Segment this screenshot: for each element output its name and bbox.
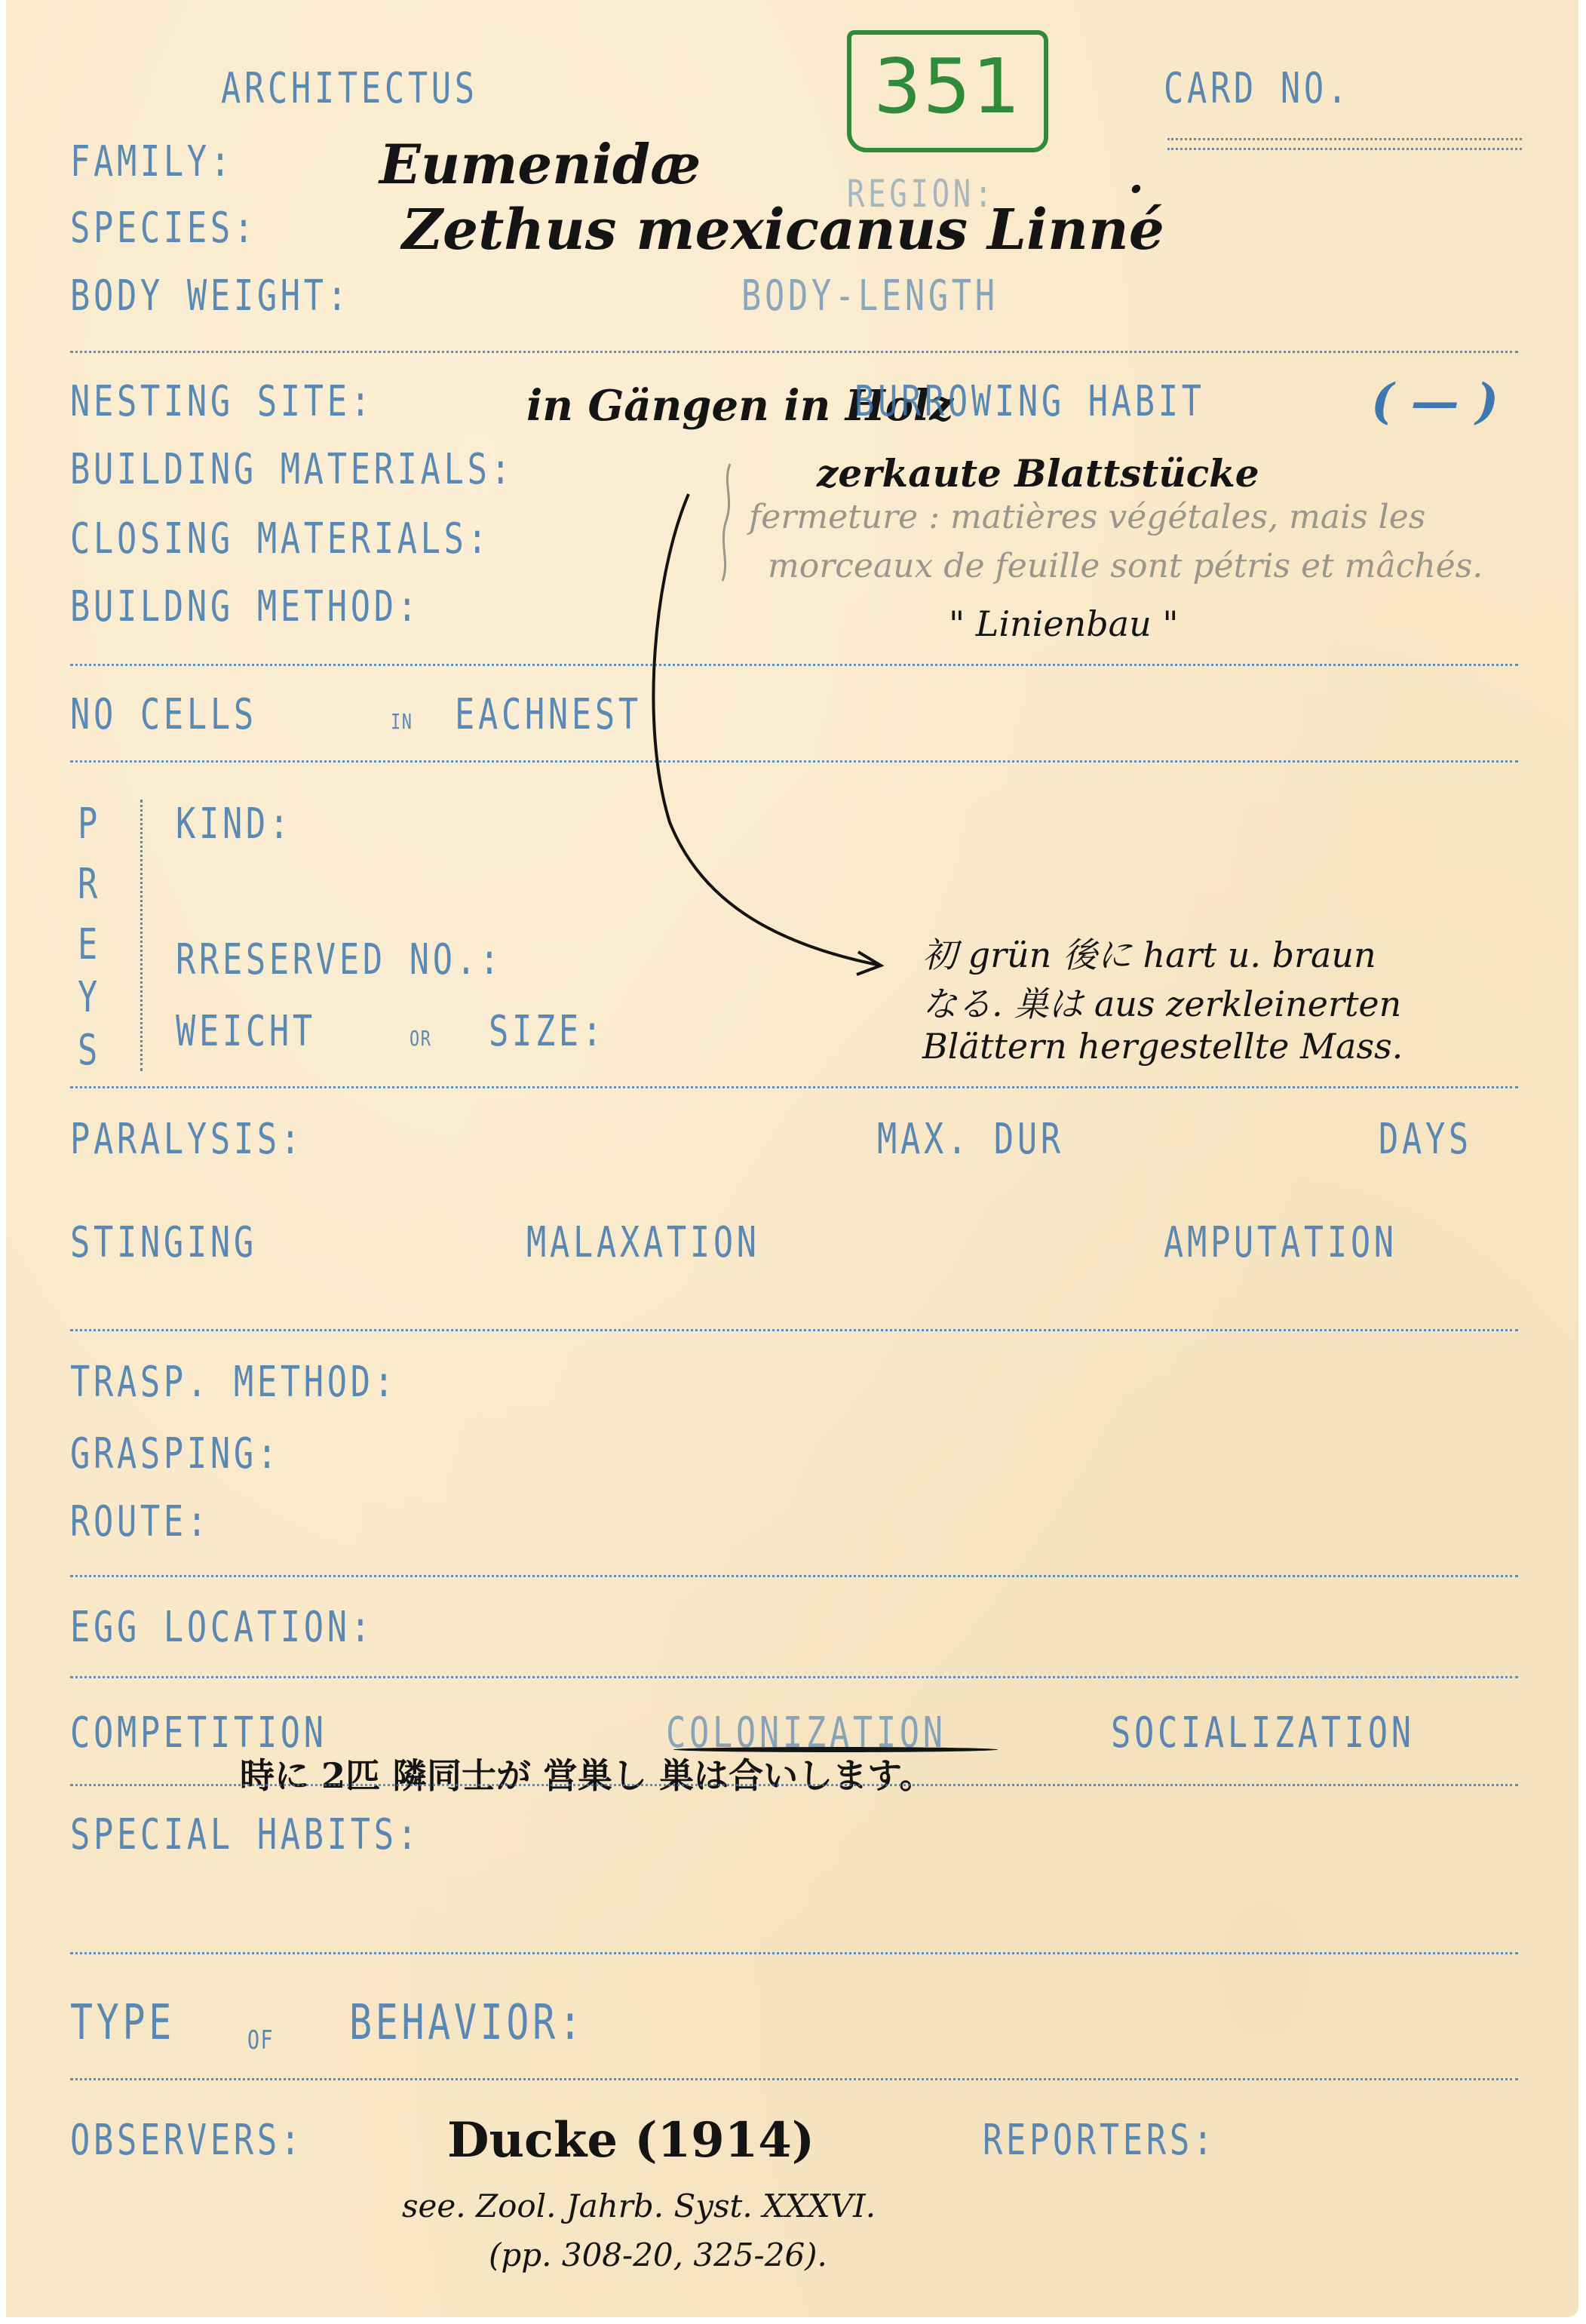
observers-reference-line-2: (pp. 308-20, 325-26).	[489, 2237, 827, 2273]
region-value: .	[1128, 151, 1144, 204]
building-materials-value: zerkaute Blattstücke	[817, 451, 1259, 496]
preys-letter-y: Y	[78, 973, 101, 1022]
prey-weight-label-part-2: SIZE:	[489, 1007, 606, 1056]
card-no-underline-2	[1167, 148, 1522, 150]
type-of-behavior-label-part-1: TYPE	[70, 1995, 175, 2051]
prey-note-line-2: なる. 巣は aus zerkleinerten	[922, 977, 1401, 1027]
preys-letter-p: P	[78, 800, 101, 849]
prey-preserved-no-label: RRESERVED NO.:	[176, 935, 503, 984]
nesting-site-label: NESTING SITE:	[70, 377, 374, 426]
divider-5	[70, 1329, 1518, 1331]
amputation-label: AMPUTATION	[1164, 1218, 1397, 1267]
building-method-label: BUILDNG METHOD:	[70, 582, 421, 631]
preys-vertical-divider	[140, 800, 143, 1071]
preys-letter-r: R	[78, 860, 101, 909]
type-of-behavior-label-part-2: BEHAVIOR:	[349, 1995, 585, 2051]
prey-kind-label: KIND:	[176, 800, 293, 849]
divider-7	[70, 1676, 1518, 1678]
building-method-value: " Linienbau "	[949, 603, 1179, 644]
architectus-label: ARCHITECTUS	[221, 64, 478, 113]
family-value: Eumenidæ	[379, 132, 701, 196]
burrowing-habit-label: BURROWING HABIT	[854, 377, 1205, 426]
body-length-label: BODY-LENGTH	[741, 272, 999, 321]
species-value: Zethus mexicanus Linné	[402, 198, 1164, 262]
observers-label: OBSERVERS:	[70, 2116, 304, 2165]
closing-materials-note-line-1: fermeture : matières végétales, mais les	[749, 498, 1425, 536]
preys-letter-s: S	[78, 1026, 101, 1075]
divider-10	[70, 2078, 1518, 2080]
building-materials-label: BUILDING MATERIALS:	[70, 445, 514, 494]
species-label: SPECIES:	[70, 204, 257, 253]
reporters-label: REPORTERS:	[983, 2116, 1216, 2165]
type-of-behavior-label-of: OF	[247, 2025, 274, 2055]
egg-location-label: EGG LOCATION:	[70, 1603, 374, 1652]
card-number: 351	[851, 42, 1044, 130]
specimen-index-card: ARCHITECTUS 351 CARD NO. FAMILY: Eumenid…	[6, 0, 1578, 2317]
route-label: ROUTE:	[70, 1497, 210, 1546]
paralysis-label: PARALYSIS:	[70, 1115, 304, 1164]
body-weight-label: BODY WEIGHT:	[70, 272, 351, 321]
divider-9	[70, 1952, 1518, 1954]
prey-weight-label-or: OR	[410, 1026, 431, 1051]
card-number-box: 351	[847, 30, 1048, 152]
closing-materials-label: CLOSING MATERIALS:	[70, 514, 491, 563]
grasping-label: GRASPING:	[70, 1429, 281, 1478]
days-label: DAYS	[1379, 1115, 1472, 1164]
prey-note-line-1: 初 grün 後に hart u. braun	[922, 928, 1376, 978]
burrowing-habit-value: ( — )	[1371, 373, 1499, 430]
competition-note: 時に 2匹 隣同士が 営巣し 巣は合いします。	[240, 1748, 934, 1798]
divider-6	[70, 1575, 1518, 1577]
no-cells-label-part-2: EACHNEST	[455, 690, 642, 739]
trasp-method-label: TRASP. METHOD:	[70, 1358, 397, 1407]
card-no-label: CARD NO.	[1164, 64, 1351, 113]
no-cells-label-in: IN	[391, 709, 413, 734]
max-dur-label: MAX. DUR	[877, 1115, 1064, 1164]
socialization-label: SOCIALIZATION	[1111, 1708, 1415, 1758]
family-label: FAMILY:	[70, 137, 234, 186]
observers-reference-line-1: see. Zool. Jahrb. Syst. XXXVI.	[402, 2187, 876, 2224]
prey-note-line-3: Blättern hergestellte Mass.	[922, 1026, 1403, 1067]
divider-2	[70, 664, 1518, 666]
malaxation-label: MALAXATION	[526, 1218, 760, 1267]
no-cells-label-part-1: NO CELLS	[70, 690, 257, 739]
observers-value: Ducke (1914)	[447, 2112, 814, 2169]
divider-4	[70, 1086, 1518, 1088]
divider-1	[70, 351, 1518, 353]
card-no-underline-1	[1167, 138, 1522, 140]
divider-3	[70, 760, 1518, 763]
stinging-label: STINGING	[70, 1218, 257, 1267]
divider-8	[70, 1784, 1518, 1786]
closing-materials-note-line-2: morceaux de feuille sont pétris et mâché…	[768, 547, 1483, 585]
special-habits-label: SPECIAL HABITS:	[70, 1810, 421, 1859]
prey-weight-label-part-1: WEICHT	[176, 1007, 316, 1056]
preys-letter-e: E	[78, 920, 101, 969]
